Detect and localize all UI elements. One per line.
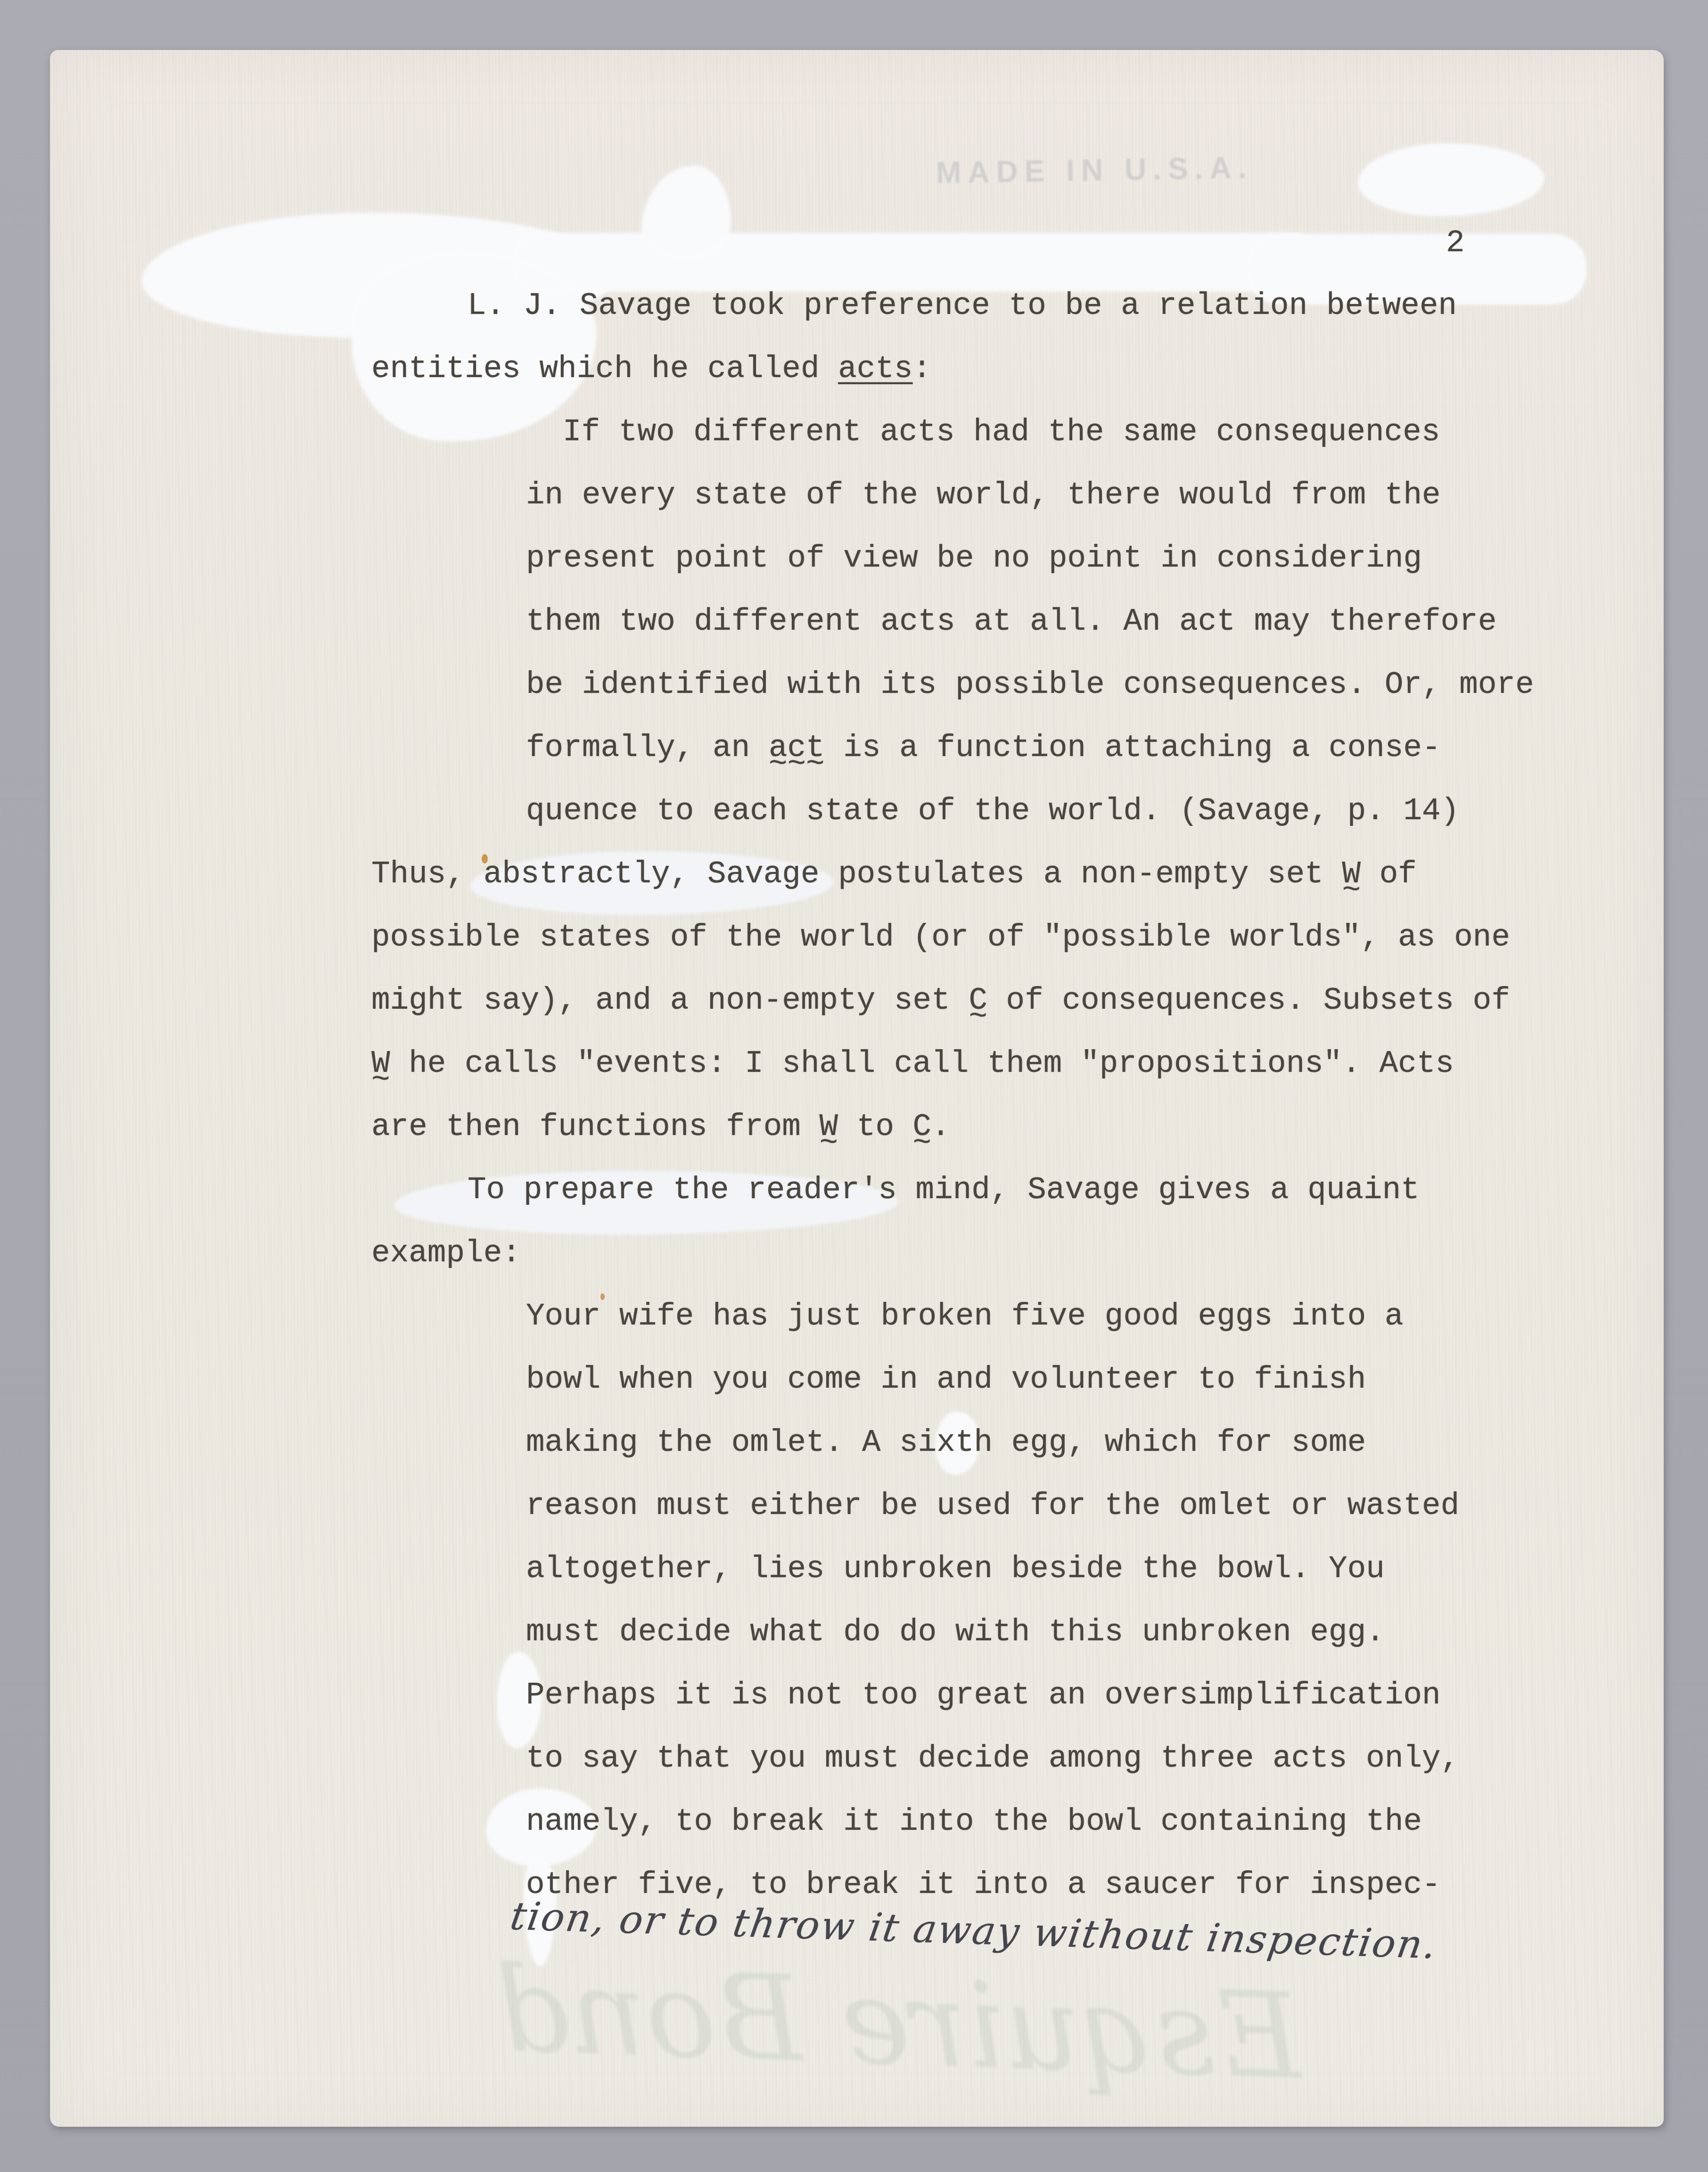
typed-segment: Your wife has just broken five good eggs… <box>526 1300 1404 1334</box>
typed-segment: he calls "events: I shall call them "pro… <box>390 1047 1454 1081</box>
typed-segment: other five, to break it into a saucer fo… <box>526 1868 1441 1902</box>
typed-line: formally, an act is a function attaching… <box>526 731 1441 765</box>
typed-segment: altogether, lies unbroken beside the bow… <box>526 1552 1385 1587</box>
typed-segment-wavy-underlined: act <box>769 731 825 765</box>
typed-line: Perhaps it is not too great an oversimpl… <box>526 1678 1441 1713</box>
typed-line: quence to each state of the world. (Sava… <box>526 794 1459 829</box>
typed-line: them two different acts at all. An act m… <box>526 605 1497 639</box>
typed-segment: must decide what do do with this unbroke… <box>526 1615 1385 1650</box>
typed-line: If two different acts had the same conse… <box>563 415 1440 450</box>
typed-segment: bowl when you come in and volunteer to f… <box>526 1363 1366 1397</box>
scan-background: MADE IN U.S.A. 2 L. J. Savage took prefe… <box>0 0 1708 2172</box>
typed-segment: in every state of the world, there would… <box>526 478 1441 513</box>
typed-line: example: <box>371 1236 521 1271</box>
typed-segment: quence to each state of the world. (Sava… <box>526 794 1459 829</box>
typed-line: L. J. Savage took preference to be a rel… <box>468 289 1457 323</box>
typed-line: possible states of the world (or of "pos… <box>371 921 1510 955</box>
typed-segment: be identified with its possible conseque… <box>526 668 1534 702</box>
document-page: MADE IN U.S.A. 2 L. J. Savage took prefe… <box>50 50 1664 2127</box>
typed-line: reason must either be used for the omlet… <box>526 1489 1459 1523</box>
typed-segment: them two different acts at all. An act m… <box>526 605 1497 639</box>
typed-segment: entities which he called <box>371 352 838 387</box>
typed-segment-wavy-underlined: W <box>371 1047 390 1081</box>
typed-line: Thus, abstractly, Savage postulates a no… <box>371 857 1417 892</box>
typed-segment: L. J. Savage took preference to be a rel… <box>468 289 1457 323</box>
ink-speck <box>482 854 488 864</box>
typed-line: Your wife has just broken five good eggs… <box>526 1300 1404 1334</box>
typed-segment: making the omlet. A sixth egg, which for… <box>526 1426 1366 1460</box>
typed-segment: might say), and a non-empty set <box>371 984 969 1018</box>
typed-segment-wavy-underlined: W <box>820 1110 838 1144</box>
typed-line: W he calls "events: I shall call them "p… <box>371 1047 1454 1081</box>
typed-segment-wavy-underlined: C <box>969 984 987 1018</box>
typed-segment: of consequences. Subsets of <box>987 984 1510 1018</box>
typed-segment: To prepare the reader's mind, Savage giv… <box>468 1173 1420 1208</box>
typed-segment: formally, an <box>526 731 769 765</box>
typed-line: bowl when you come in and volunteer to f… <box>526 1363 1366 1397</box>
typed-segment: is a function attaching a conse- <box>825 731 1441 765</box>
typed-line: making the omlet. A sixth egg, which for… <box>526 1426 1366 1460</box>
typed-line: other five, to break it into a saucer fo… <box>526 1868 1441 1902</box>
typed-line: might say), and a non-empty set C of con… <box>371 984 1510 1018</box>
typed-line: are then functions from W to C. <box>371 1110 950 1144</box>
typed-line: present point of view be no point in con… <box>526 542 1422 576</box>
typed-line: in every state of the world, there would… <box>526 478 1441 513</box>
typed-line: altogether, lies unbroken beside the bow… <box>526 1552 1385 1587</box>
typed-segment: Thus, abstractly, Savage postulates a no… <box>371 857 1342 892</box>
typed-segment-wavy-underlined: C <box>913 1110 932 1144</box>
typed-segment-underlined: acts <box>838 352 912 387</box>
typed-line: namely, to break it into the bowl contai… <box>526 1805 1422 1839</box>
typed-segment: : <box>913 352 932 387</box>
typed-segment: example: <box>371 1236 521 1271</box>
typed-text-layer: L. J. Savage took preference to be a rel… <box>50 50 1664 2127</box>
typed-segment: If two different acts had the same conse… <box>563 415 1440 450</box>
typed-line: to say that you must decide among three … <box>526 1742 1459 1776</box>
typed-segment: possible states of the world (or of "pos… <box>371 921 1510 955</box>
typed-segment: to say that you must decide among three … <box>526 1742 1459 1776</box>
typed-segment: present point of view be no point in con… <box>526 542 1422 576</box>
typed-segment: are then functions from <box>371 1110 820 1144</box>
typed-segment: to <box>838 1110 912 1144</box>
typed-line: To prepare the reader's mind, Savage giv… <box>468 1173 1420 1208</box>
typed-line: entities which he called acts: <box>371 352 931 387</box>
typed-segment-wavy-underlined: W <box>1342 857 1361 892</box>
typed-line: be identified with its possible conseque… <box>526 668 1534 702</box>
typed-line: must decide what do do with this unbroke… <box>526 1615 1385 1650</box>
typed-segment: namely, to break it into the bowl contai… <box>526 1805 1422 1839</box>
typed-segment: Perhaps it is not too great an oversimpl… <box>526 1678 1441 1713</box>
typed-segment: reason must either be used for the omlet… <box>526 1489 1459 1523</box>
typed-segment: . <box>931 1110 950 1144</box>
typed-segment: of <box>1361 857 1417 892</box>
ink-speck <box>600 1293 605 1300</box>
